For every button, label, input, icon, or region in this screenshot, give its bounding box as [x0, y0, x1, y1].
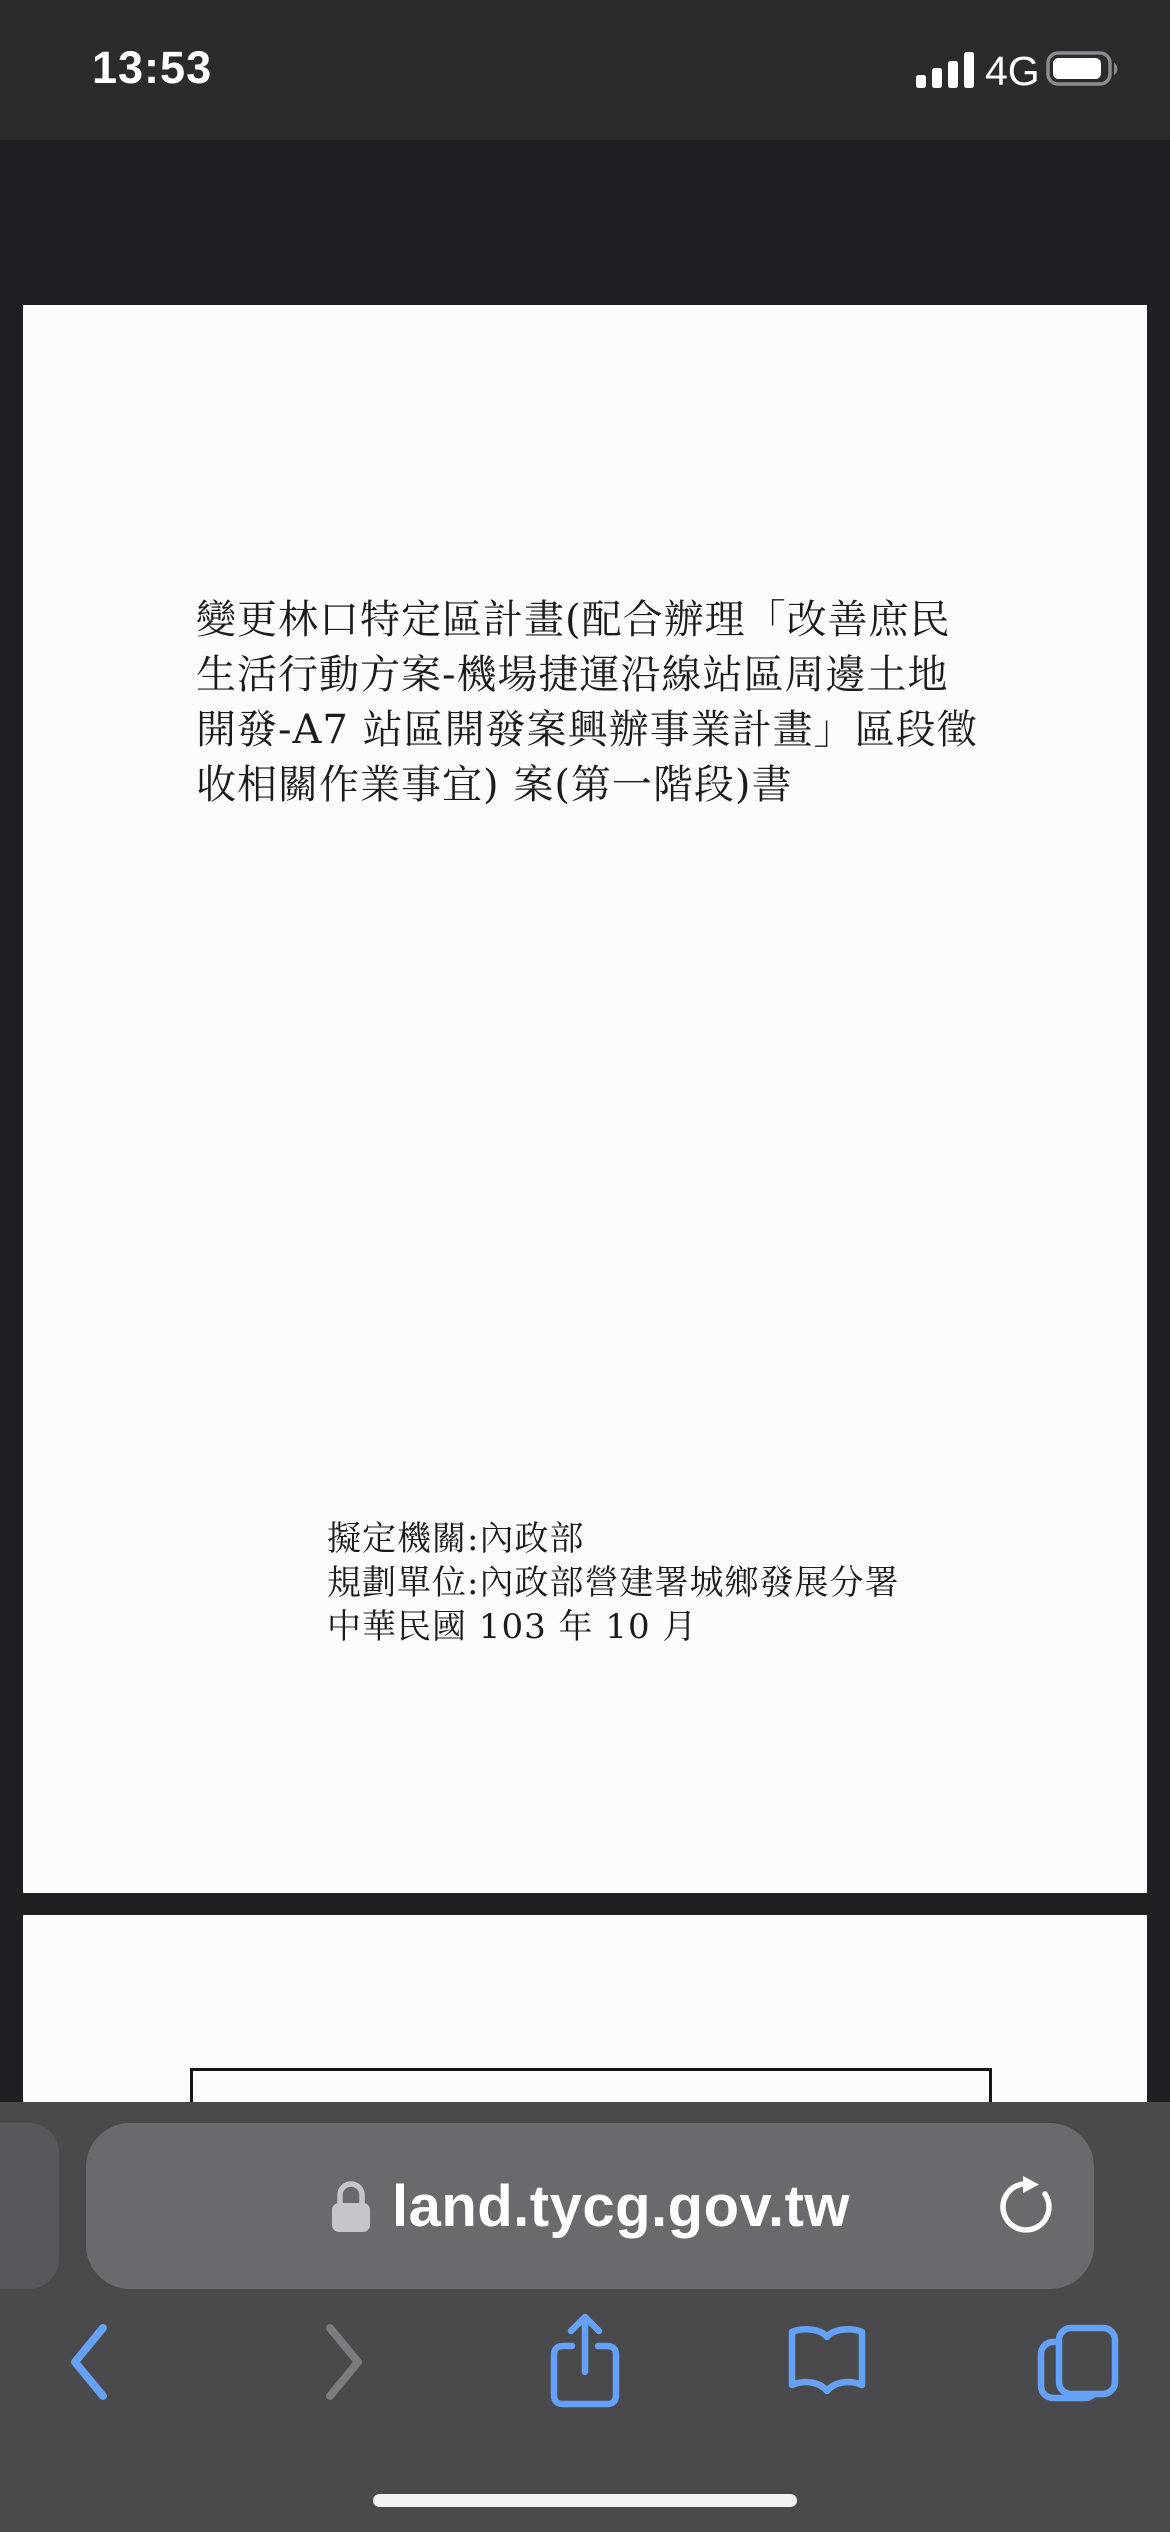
safari-bottom-toolbar: land.tycg.gov.tw: [0, 2102, 1170, 2532]
address-bar[interactable]: land.tycg.gov.tw: [86, 2123, 1094, 2289]
pdf-credit-line: 中華民國 103 年 10 月: [327, 1605, 899, 1649]
tabs-button[interactable]: [1033, 2322, 1121, 2404]
pdf-credit-line: 擬定機關:內政部: [327, 1517, 899, 1561]
share-button[interactable]: [545, 2310, 625, 2410]
share-icon: [545, 2310, 625, 2410]
tabs-icon: [1033, 2322, 1121, 2404]
pdf-page-2: [23, 1915, 1147, 2102]
pdf-credits: 擬定機關:內政部 規劃單位:內政部營建署城鄉發展分署 中華民國 103 年 10…: [327, 1517, 899, 1649]
pdf-credit-line: 規劃單位:內政部營建署城鄉發展分署: [327, 1561, 899, 1605]
status-bar: 13:53 4G: [0, 0, 1170, 140]
status-time: 13:53: [92, 42, 212, 94]
pdf-title: 變更林口特定區計畫(配合辦理「改善庶民 生活行動方案-機場捷運沿線站區周邊土地 …: [196, 593, 978, 813]
pdf-title-line: 生活行動方案-機場捷運沿線站區周邊土地: [196, 648, 978, 703]
bookmarks-button[interactable]: [783, 2323, 871, 2401]
iphone-screen: 13:53 4G 變更林口特定區計畫(配合辦理「改善庶民 生活行動方案-機場捷運…: [0, 0, 1170, 2532]
previous-tab-peek[interactable]: [0, 2123, 59, 2289]
forward-button[interactable]: [320, 2320, 368, 2404]
reload-icon: [993, 2174, 1057, 2238]
lock-icon: [330, 2178, 372, 2234]
signal-bars-icon: [916, 50, 974, 90]
back-button[interactable]: [65, 2320, 113, 2404]
network-type-label: 4G: [985, 48, 1040, 95]
chevron-right-icon: [320, 2320, 368, 2404]
pdf-title-line: 開發-A7 站區開發案興辦事業計畫」區段徵: [196, 703, 978, 758]
pdf-page2-table-border: [190, 2068, 992, 2102]
battery-icon: [1046, 49, 1124, 89]
reload-button[interactable]: [993, 2174, 1057, 2238]
home-indicator-bar[interactable]: [373, 2494, 797, 2507]
pdf-title-line: 變更林口特定區計畫(配合辦理「改善庶民: [196, 593, 978, 648]
pdf-title-line: 收相關作業事宜) 案(第一階段)書: [196, 758, 978, 813]
chevron-left-icon: [65, 2320, 113, 2404]
book-icon: [783, 2323, 871, 2401]
pdf-page-1: 變更林口特定區計畫(配合辦理「改善庶民 生活行動方案-機場捷運沿線站區周邊土地 …: [23, 305, 1147, 1893]
url-text: land.tycg.gov.tw: [392, 2173, 850, 2240]
